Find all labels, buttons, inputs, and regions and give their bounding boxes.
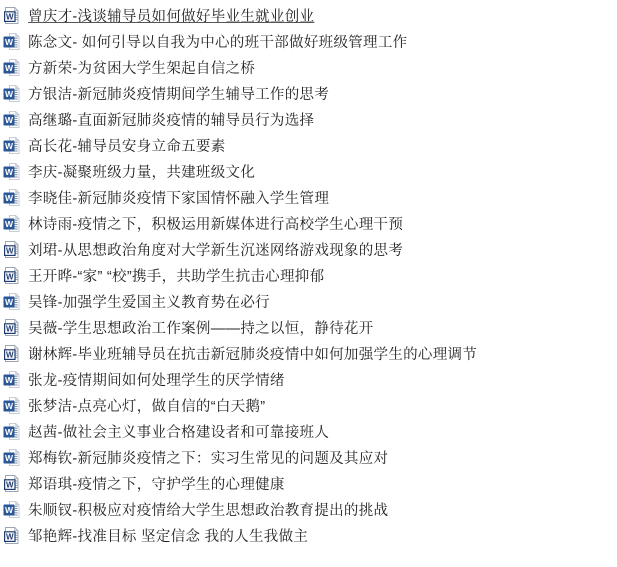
word-docx-icon: W: [3, 500, 21, 519]
svg-text:W: W: [5, 427, 14, 437]
file-name[interactable]: 吴薇-学生思想政治工作案例——持之以恒，静待花开: [28, 317, 374, 338]
file-row[interactable]: W 王开晔-“家” “校”携手，共助学生抗击心理抑郁: [0, 262, 617, 288]
svg-text:W: W: [5, 141, 14, 151]
file-row[interactable]: W 谢林辉-毕业班辅导员在抗击新冠肺炎疫情中如何加强学生的心理调节: [0, 340, 617, 366]
file-row[interactable]: W 陈念文- 如何引导以自我为中心的班干部做好班级管理工作: [0, 28, 617, 54]
file-name[interactable]: 高长花-辅导员安身立命五要素: [28, 135, 226, 156]
word-docx-icon: W: [3, 396, 21, 415]
file-row[interactable]: W 高继璐-直面新冠肺炎疫情的辅导员行为选择: [0, 106, 617, 132]
word-doc-icon: W: [3, 240, 21, 259]
svg-text:W: W: [5, 193, 14, 203]
file-name[interactable]: 郑语琪-疫情之下，守护学生的心理健康: [28, 473, 285, 494]
file-name[interactable]: 曾庆才-浅谈辅导员如何做好毕业生就业创业: [28, 5, 314, 26]
file-name[interactable]: 李晓佳-新冠肺炎疫情下家国情怀融入学生管理: [28, 187, 329, 208]
file-name[interactable]: 郑梅钦-新冠肺炎疫情之下：实习生常见的问题及其应对: [28, 447, 388, 468]
svg-text:W: W: [5, 453, 14, 463]
file-name[interactable]: 高继璐-直面新冠肺炎疫情的辅导员行为选择: [28, 109, 314, 130]
word-doc-icon: W: [3, 344, 21, 363]
svg-text:W: W: [5, 505, 14, 515]
file-name[interactable]: 刘珺-从思想政治角度对大学新生沉迷网络游戏现象的思考: [28, 239, 403, 260]
file-row[interactable]: W 李晓佳-新冠肺炎疫情下家国情怀融入学生管理: [0, 184, 617, 210]
file-name[interactable]: 邹艳辉-找准目标 坚定信念 我的人生我做主: [28, 525, 308, 546]
file-row[interactable]: W 高长花-辅导员安身立命五要素: [0, 132, 617, 158]
svg-text:W: W: [5, 167, 14, 177]
svg-text:W: W: [5, 37, 14, 47]
word-doc-icon: W: [3, 474, 21, 493]
svg-text:W: W: [6, 324, 14, 333]
word-docx-icon: W: [3, 188, 21, 207]
file-row[interactable]: W 朱顺钗-积极应对疫情给大学生思想政治教育提出的挑战: [0, 496, 617, 522]
file-row[interactable]: W 吴锋-加强学生爱国主义教育势在必行: [0, 288, 617, 314]
file-name[interactable]: 陈念文- 如何引导以自我为中心的班干部做好班级管理工作: [28, 31, 407, 52]
file-name[interactable]: 谢林辉-毕业班辅导员在抗击新冠肺炎疫情中如何加强学生的心理调节: [28, 343, 477, 364]
svg-text:W: W: [5, 297, 14, 307]
svg-text:W: W: [6, 350, 14, 359]
word-docx-icon: W: [3, 136, 21, 155]
svg-text:W: W: [6, 480, 14, 489]
file-name[interactable]: 李庆-凝聚班级力量，共建班级文化: [28, 161, 255, 182]
file-row[interactable]: W 张龙-疫情期间如何处理学生的厌学情绪: [0, 366, 617, 392]
word-docx-icon: W: [3, 370, 21, 389]
file-row[interactable]: W 张梦洁-点亮心灯，做自信的“白天鹅”: [0, 392, 617, 418]
svg-text:W: W: [5, 63, 14, 73]
word-docx-icon: W: [3, 110, 21, 129]
file-name[interactable]: 方新荣-为贫困大学生架起自信之桥: [28, 57, 255, 78]
file-row[interactable]: W 吴薇-学生思想政治工作案例——持之以恒，静待花开: [0, 314, 617, 340]
word-docx-icon: W: [3, 162, 21, 181]
word-doc-icon: W: [3, 266, 21, 285]
word-docx-icon: W: [3, 214, 21, 233]
file-name[interactable]: 赵茜-做社会主义事业合格建设者和可靠接班人: [28, 421, 329, 442]
file-name[interactable]: 朱顺钗-积极应对疫情给大学生思想政治教育提出的挑战: [28, 499, 388, 520]
svg-text:W: W: [5, 89, 14, 99]
file-row[interactable]: W 郑语琪-疫情之下，守护学生的心理健康: [0, 470, 617, 496]
svg-text:W: W: [6, 246, 14, 255]
file-name[interactable]: 王开晔-“家” “校”携手，共助学生抗击心理抑郁: [28, 265, 324, 286]
word-doc-icon: W: [3, 318, 21, 337]
word-docx-icon: W: [3, 84, 21, 103]
file-row[interactable]: W 曾庆才-浅谈辅导员如何做好毕业生就业创业: [0, 2, 617, 28]
file-row[interactable]: W 赵茜-做社会主义事业合格建设者和可靠接班人: [0, 418, 617, 444]
word-docx-icon: W: [3, 58, 21, 77]
file-name[interactable]: 张龙-疫情期间如何处理学生的厌学情绪: [28, 369, 285, 390]
file-row[interactable]: W 邹艳辉-找准目标 坚定信念 我的人生我做主: [0, 522, 617, 548]
file-row[interactable]: W 方银洁-新冠肺炎疫情期间学生辅导工作的思考: [0, 80, 617, 106]
file-list: W 曾庆才-浅谈辅导员如何做好毕业生就业创业 W 陈念文- 如何引导以自我为中心…: [0, 0, 617, 548]
svg-text:W: W: [6, 12, 14, 21]
svg-text:W: W: [5, 401, 14, 411]
svg-text:W: W: [5, 115, 14, 125]
word-docx-icon: W: [3, 32, 21, 51]
word-docx-icon: W: [3, 448, 21, 467]
word-doc-icon: W: [3, 526, 21, 545]
svg-text:W: W: [5, 375, 14, 385]
file-name[interactable]: 方银洁-新冠肺炎疫情期间学生辅导工作的思考: [28, 83, 329, 104]
file-name[interactable]: 张梦洁-点亮心灯，做自信的“白天鹅”: [28, 395, 265, 416]
svg-text:W: W: [6, 272, 14, 281]
word-docx-icon: W: [3, 292, 21, 311]
file-name[interactable]: 林诗雨-疫情之下，积极运用新媒体进行高校学生心理干预: [28, 213, 403, 234]
word-doc-icon: W: [3, 6, 21, 25]
file-row[interactable]: W 刘珺-从思想政治角度对大学新生沉迷网络游戏现象的思考: [0, 236, 617, 262]
word-docx-icon: W: [3, 422, 21, 441]
file-row[interactable]: W 方新荣-为贫困大学生架起自信之桥: [0, 54, 617, 80]
file-row[interactable]: W 林诗雨-疫情之下，积极运用新媒体进行高校学生心理干预: [0, 210, 617, 236]
file-row[interactable]: W 郑梅钦-新冠肺炎疫情之下：实习生常见的问题及其应对: [0, 444, 617, 470]
svg-text:W: W: [6, 532, 14, 541]
svg-text:W: W: [5, 219, 14, 229]
file-row[interactable]: W 李庆-凝聚班级力量，共建班级文化: [0, 158, 617, 184]
file-name[interactable]: 吴锋-加强学生爱国主义教育势在必行: [28, 291, 270, 312]
